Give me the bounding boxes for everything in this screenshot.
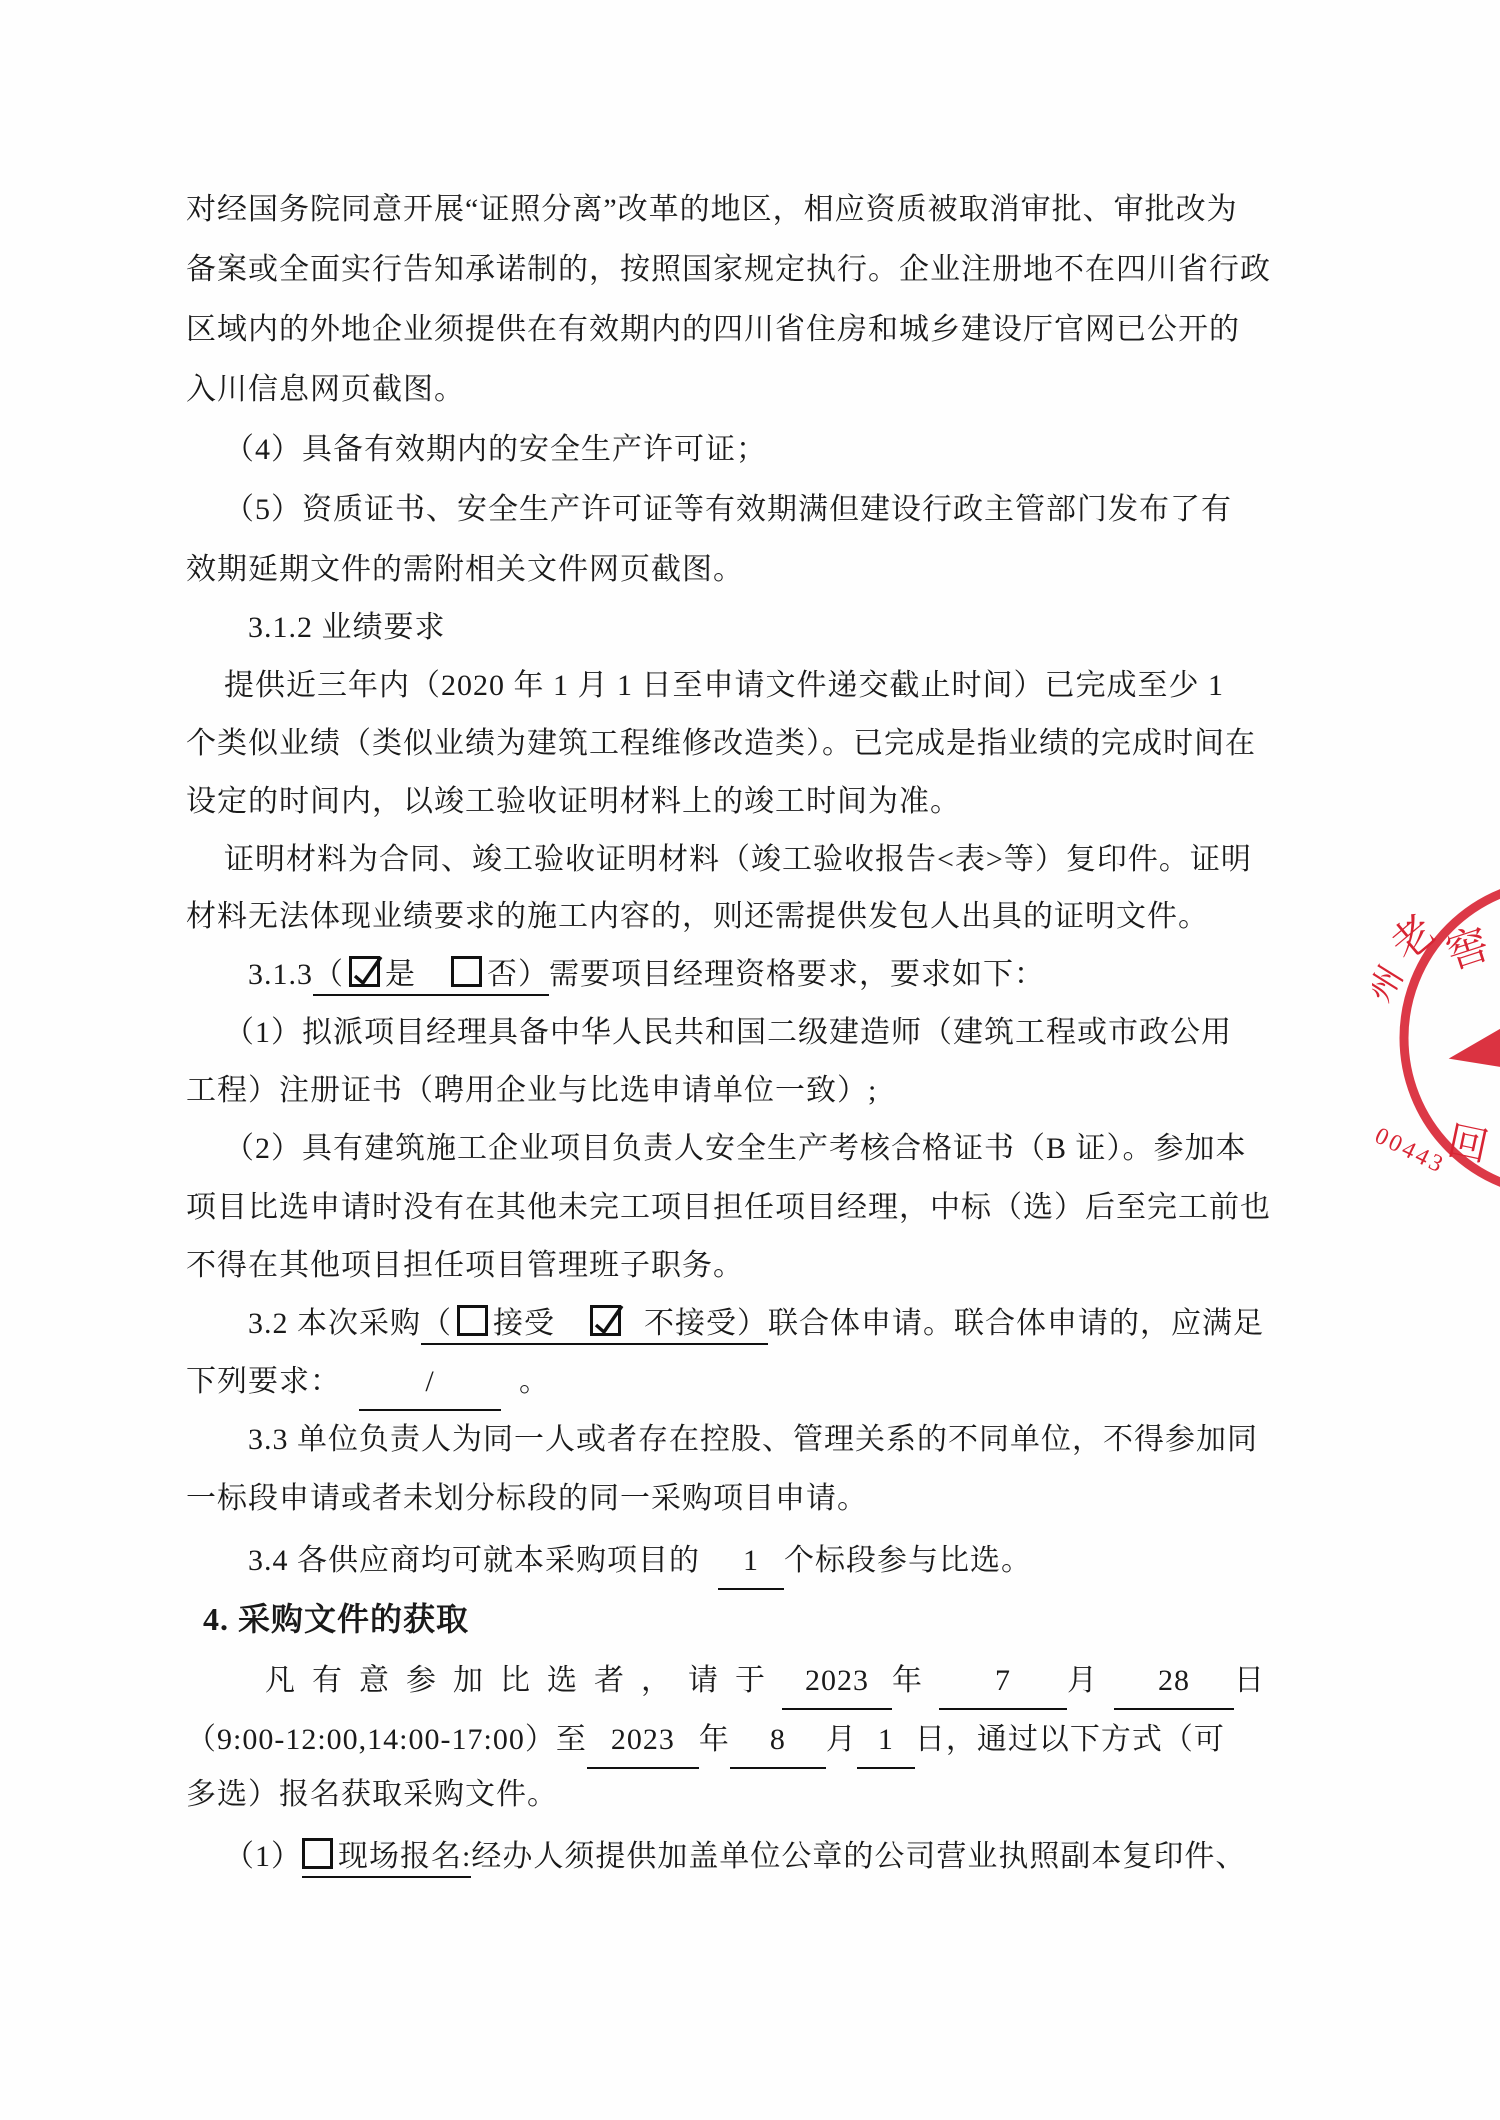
clause-3-3-line: 3.3 单位负责人为同一人或者存在控股、管理关系的不同单位，不得参加同 <box>186 1411 1328 1469</box>
item-5-certificates: （5）资质证书、安全生产许可证等有效期满但建设行政主管部门发布了有 <box>186 481 1304 539</box>
period: 。 <box>519 1365 550 1398</box>
registration-date-line: 凡有意参加比选者，请于2023年7月28日 <box>186 1652 1345 1710</box>
text-line: 不得在其他项目担任项目管理班子职务。 <box>186 1237 1266 1295</box>
paren-open: （ <box>421 1307 452 1340</box>
text-line: 提供近三年内（2020 年 1 月 1 日至申请文件递交截止时间）已完成至少 1 <box>186 657 1304 715</box>
text-line: 入川信息网页截图。 <box>186 361 1266 419</box>
month-label: 月 <box>826 1723 857 1756</box>
clause-text: 需要项目经理资格要求，要求如下： <box>549 958 1045 991</box>
text-line: 设定的时间内，以竣工验收证明材料上的竣工时间为准。 <box>186 773 1266 831</box>
method-label: 现场报名: <box>338 1840 471 1873</box>
item-4-safety-license: （4）具备有效期内的安全生产许可证； <box>186 421 1304 479</box>
text-line: 材料无法体现业绩要求的施工内容的，则还需提供发包人出具的证明文件。 <box>186 888 1266 946</box>
text-line: 证明材料为合同、竣工验收证明材料（竣工验收报告<表>等）复印件。证明 <box>186 831 1304 889</box>
item-number: （1） <box>224 1840 302 1873</box>
clause-number: 3.1.3 <box>248 958 313 991</box>
fill-in-blank-slash: / <box>359 1355 501 1411</box>
checkbox-no-empty <box>451 956 482 987</box>
text-line: 项目比选申请时没有在其他未完工项目担任项目经理，中标（选）后至完工前也 <box>186 1179 1266 1237</box>
item-2-b-certificate: （2）具有建筑施工企业项目负责人安全生产考核合格证书（B 证）。参加本 <box>186 1120 1304 1178</box>
accept-label: 接受 <box>493 1307 555 1340</box>
year-label: 年 <box>892 1664 939 1697</box>
time-window: （9:00-12:00,14:00-17:00）至 <box>186 1723 587 1756</box>
yes-no-selection: （是否） <box>313 958 549 996</box>
checkbox-accept-empty <box>457 1305 488 1336</box>
text-line: 区域内的外地企业须提供在有效期内的四川省住房和城乡建设厅官网已公开的 <box>186 301 1266 359</box>
no-label: 否） <box>487 958 549 991</box>
clause-text: 3.4 各供应商均可就本采购项目的 <box>248 1544 700 1577</box>
fill-in-blank-day: 1 <box>857 1713 915 1769</box>
text-line: 对经国务院同意开展“证照分离”改革的地区，相应资质被取消审批、审批改为 <box>186 181 1266 239</box>
reject-label: 不接受） <box>644 1307 768 1340</box>
clause-3-1-3-line: 3.1.3（是否）需要项目经理资格要求，要求如下： <box>186 946 1328 1004</box>
day-label: 日 <box>1234 1664 1265 1697</box>
item-1-project-manager: （1）拟派项目经理具备中华人民共和国二级建造师（建筑工程或市政公用 <box>186 1004 1304 1062</box>
onsite-option: 现场报名: <box>302 1840 471 1878</box>
text-line: 备案或全面实行告知承诺制的，按照国家规定执行。企业注册地不在四川省行政 <box>186 241 1266 299</box>
method-1-onsite-registration: （1）现场报名:经办人须提供加盖单位公章的公司营业执照副本复印件、 <box>186 1828 1304 1886</box>
fill-in-blank-month: 8 <box>730 1713 826 1769</box>
day-label: 日 <box>915 1723 946 1756</box>
text: ，通过以下方式（可 <box>946 1723 1225 1756</box>
accept-reject-selection: （接受不接受） <box>421 1307 768 1345</box>
seal-arc-character: 老 <box>1383 908 1445 970</box>
deadline-date-line: （9:00-12:00,14:00-17:00）至2023年8月1日，通过以下方… <box>186 1711 1266 1769</box>
fill-in-blank-lot-count: 1 <box>718 1534 784 1590</box>
text: 经办人须提供加盖单位公章的公司营业执照副本复印件、 <box>471 1840 1246 1873</box>
month-label: 月 <box>1067 1664 1114 1697</box>
fill-in-blank-year: 2023 <box>587 1713 699 1769</box>
clause-text: 联合体申请。联合体申请的，应满足 <box>768 1307 1264 1340</box>
check-mark-icon <box>349 945 385 985</box>
clause-3-1-2-heading: 3.1.2 业绩要求 <box>186 599 1328 657</box>
year-label: 年 <box>699 1723 730 1756</box>
text-line: 个类似业绩（类似业绩为建筑工程维修改造类）。已完成是指业绩的完成时间在 <box>186 715 1266 773</box>
checkbox-onsite-empty <box>302 1838 333 1869</box>
text-line: 多选）报名获取采购文件。 <box>186 1766 1266 1824</box>
checkbox-yes-checked <box>349 956 380 987</box>
fill-in-blank-day: 28 <box>1114 1654 1234 1710</box>
seal-inner-character: 回 <box>1444 1118 1492 1170</box>
red-seal-stamp: 州 老 窖 00443 回 <box>1372 866 1500 1211</box>
paren-open: （ <box>313 958 344 991</box>
fill-in-blank-month: 7 <box>939 1654 1067 1710</box>
label: 下列要求： <box>186 1365 341 1398</box>
check-mark-icon <box>590 1294 626 1334</box>
clause-text: 个标段参与比选。 <box>784 1544 1032 1577</box>
fill-in-blank-year: 2023 <box>782 1654 892 1710</box>
scanned-document-page: 对经国务院同意开展“证照分离”改革的地区，相应资质被取消审批、审批改为 备案或全… <box>0 0 1500 2120</box>
checkbox-reject-checked <box>590 1305 621 1336</box>
text: 凡有意参加比选者，请于 <box>265 1664 782 1697</box>
clause-3-2-line: 3.2 本次采购（接受不接受）联合体申请。联合体申请的，应满足 <box>186 1295 1328 1353</box>
text-line: 效期延期文件的需附相关文件网页截图。 <box>186 541 1266 599</box>
requirements-blank-line: 下列要求：/。 <box>186 1353 1266 1411</box>
text-line: 工程）注册证书（聘用企业与比选申请单位一致）; <box>186 1062 1266 1120</box>
clause-3-4-line: 3.4 各供应商均可就本采购项目的1个标段参与比选。 <box>186 1532 1328 1590</box>
yes-label: 是 <box>385 958 416 991</box>
text-line: 一标段申请或者未划分标段的同一采购项目申请。 <box>186 1470 1266 1528</box>
clause-text: 3.2 本次采购 <box>248 1307 421 1340</box>
section-4-heading: 4. 采购文件的获取 <box>186 1590 1283 1648</box>
